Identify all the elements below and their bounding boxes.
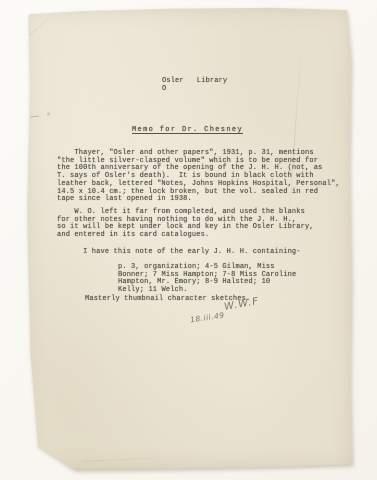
paper-fold-corner-shadow xyxy=(33,444,86,479)
library-name: Osler Library xyxy=(162,77,227,85)
handwritten-date: 18.iii.49 xyxy=(190,311,226,325)
paper-crease-bottom xyxy=(82,455,202,462)
contents-page-list: p. 3, organization; 4-5 Gilman, Miss Bon… xyxy=(118,264,296,294)
paragraph-disposition: W. O. left it far from completed, and us… xyxy=(57,209,314,239)
paper-crease-top-left xyxy=(28,8,60,37)
paper-crease-right xyxy=(288,48,302,233)
library-header: Osler Library O xyxy=(162,77,227,93)
paper-sheet-wrapper: Osler Library O Memo for Dr. Chesney Tha… xyxy=(22,6,354,470)
paper-sheet: Osler Library O Memo for Dr. Chesney Tha… xyxy=(22,6,354,470)
shelf-mark: O xyxy=(162,85,166,93)
paragraph-contents-intro: I have this note of the early J. H. H. c… xyxy=(57,249,301,257)
pencil-mark-dash xyxy=(30,115,39,117)
pencil-mark-dot xyxy=(46,112,51,116)
memo-title: Memo for Dr. Chesney xyxy=(132,127,243,135)
paragraph-provenance: Thayer, "Osler and other papers", 1931, … xyxy=(57,150,340,204)
scan-background: Osler Library O Memo for Dr. Chesney Tha… xyxy=(0,0,377,480)
